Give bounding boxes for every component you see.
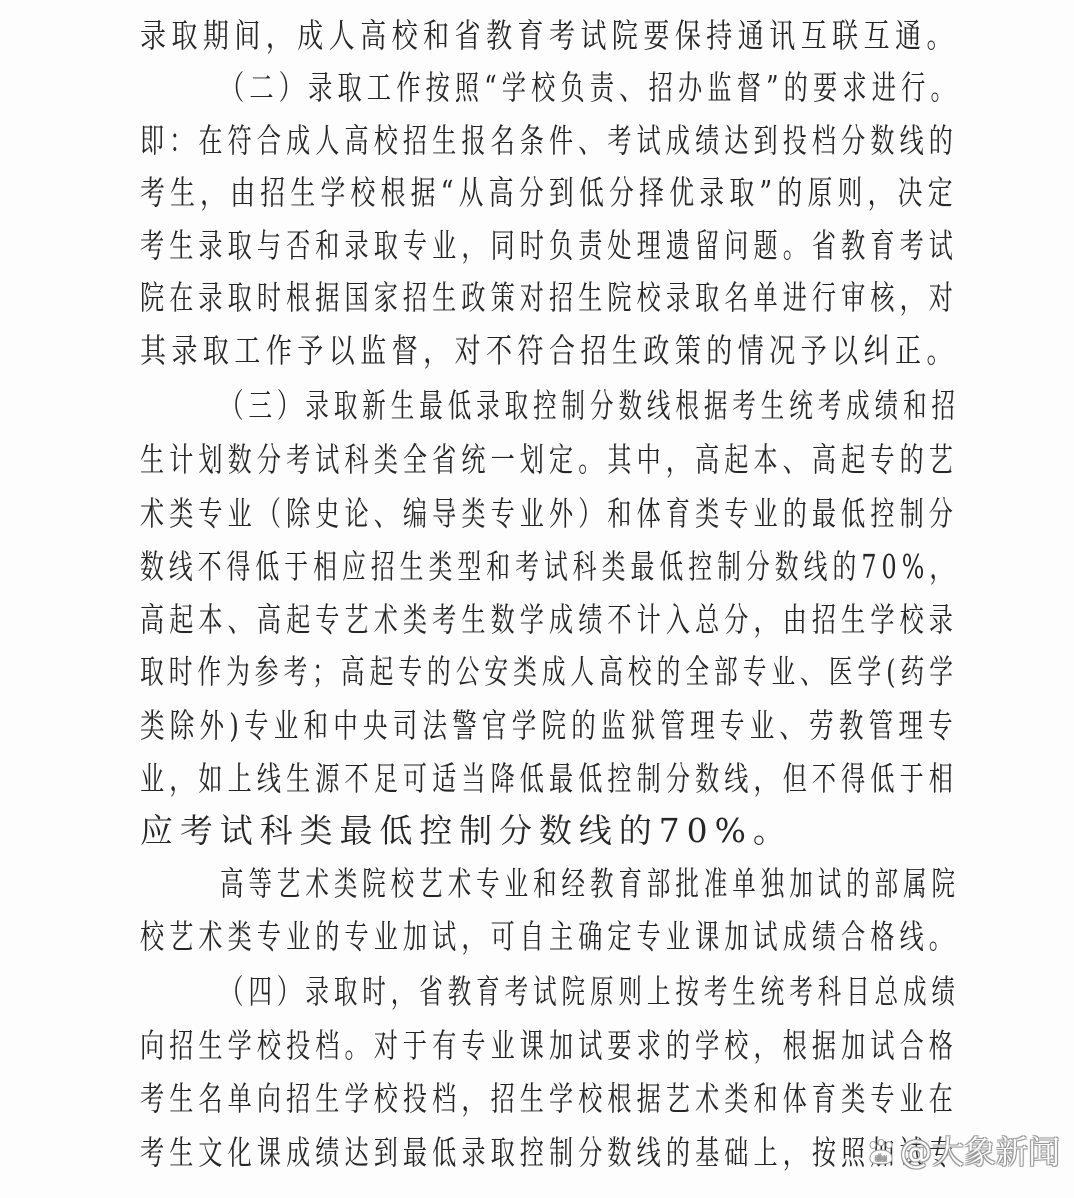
text-line: 高等艺术类院校艺术专业和经教育部批准单独加试的部属院 — [220, 864, 747, 904]
text-line: （二）录取工作按照“学校负责、招办监督”的要求进行。 — [220, 68, 763, 108]
text-line: 类除外)专业和中央司法警官学院的监狱管理专业、劳教管理专 — [140, 706, 750, 746]
text-line: 校艺术类专业的专业加试，可自主确定专业课加试成绩合格线。 — [140, 917, 739, 957]
watermark-text: @大象新闻 — [900, 1134, 1060, 1170]
text-line: 高起本、高起专艺术类考生数学成绩不计入总分，由招生学校录 — [140, 600, 739, 640]
text-line: 业，如上线生源不足可适当降低最低控制分数线，但不得低于相 — [140, 759, 739, 799]
text-line: 数线不得低于相应招生类型和考试科类最低控制分数线的70%， — [140, 547, 731, 587]
svg-text:du: du — [875, 1154, 886, 1164]
baidu-paw-icon: du — [866, 1139, 896, 1165]
text-line: 向招生学校投档。对于有专业课加试要求的学校，根据加试合格 — [140, 1026, 739, 1066]
text-line: 院在录取时根据国家招生政策对招生院校录取名单进行审核，对 — [140, 278, 739, 318]
text-line: 生计划数分考试科类全省统一划定。其中，高起本、高起专的艺 — [140, 440, 739, 480]
text-line: 术类专业（除史论、编导类专业外）和体育类专业的最低控制分 — [140, 494, 739, 534]
text-line: 取时作为参考；高起专的公安类成人高校的全部专业、医学(药学 — [140, 652, 728, 692]
text-line: 考生名单向招生学校投档，招生学校根据艺术类和体育类专业在 — [140, 1079, 739, 1119]
text-line: 考生文化课成绩达到最低录取控制分数线的基础上，按照加试专 — [140, 1133, 739, 1173]
document-page: 录取期间，成人高校和省教育考试院要保持通讯互联互通。 （二）录取工作按照“学校负… — [0, 0, 1074, 1198]
text-line: 即：在符合成人高校招生报名条件、考试成绩达到投档分数线的 — [140, 121, 739, 161]
text-line: 应考试科类最低控制分数线的70%。 — [140, 811, 958, 851]
text-line: 考生，由招生学校根据“从高分到低分择优录取”的原则，决定 — [140, 173, 757, 213]
text-line: 其录取工作予以监督，对不符合招生政策的情况予以纠正。 — [140, 331, 785, 371]
text-line: 考生录取与否和录取专业，同时负责处理遗留问题。省教育考试 — [140, 226, 739, 266]
text-line: （四）录取时，省教育考试院原则上按考生统考科目总成绩 — [220, 972, 747, 1012]
text-line: 录取期间，成人高校和省教育考试院要保持通讯互联互通。 — [140, 16, 785, 56]
watermark: du @大象新闻 — [866, 1134, 1060, 1170]
text-line: （三）录取新生最低录取控制分数线根据考生统考成绩和招 — [220, 386, 747, 426]
